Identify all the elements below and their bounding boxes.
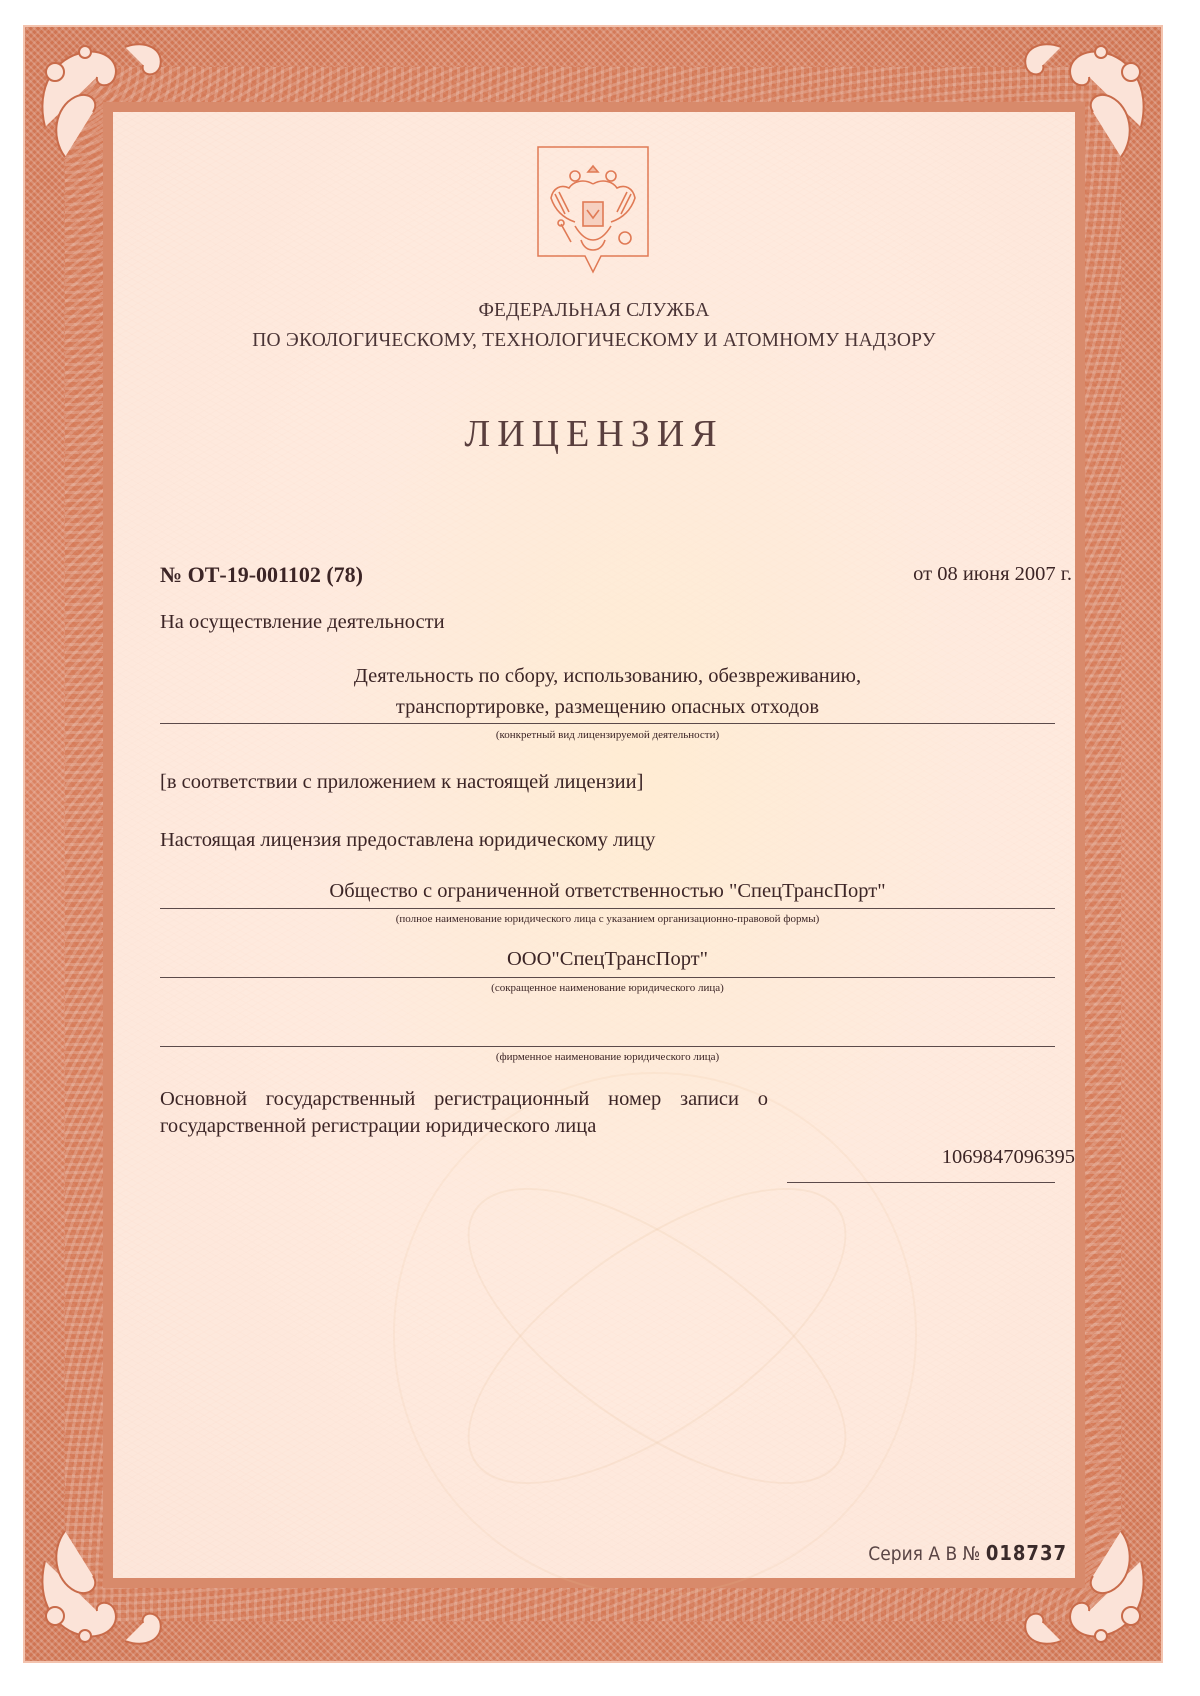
short-name-caption: (сокращенное наименование юридического л… [160, 982, 1055, 994]
form-series: Серия А В № 018737 [868, 1541, 1067, 1565]
activity-caption: (конкретный вид лицензируемой деятельнос… [160, 729, 1055, 741]
ogrn-underline [787, 1182, 1055, 1183]
document-title: ЛИЦЕНЗИЯ [113, 412, 1075, 456]
brand-name-underline [160, 1046, 1055, 1047]
granted-to-intro: Настоящая лицензия предоставлена юридиче… [160, 829, 655, 852]
atom-watermark [393, 1072, 917, 1596]
full-name-caption: (полное наименование юридического лица с… [160, 913, 1055, 925]
agency-name-line2: ПО ЭКОЛОГИЧЕСКОМУ, ТЕХНОЛОГИЧЕСКОМУ И АТ… [113, 330, 1075, 352]
activity-line-1: Деятельность по сбору, использованию, об… [160, 665, 1055, 688]
full-name-underline [160, 908, 1055, 909]
agency-name-line1: ФЕДЕРАЛЬНАЯ СЛУЖБА [113, 300, 1075, 322]
legal-entity-short-name: ООО"СпецТрансПорт" [160, 948, 1055, 971]
coat-of-arms-icon [535, 144, 651, 276]
series-label: Серия А В № [868, 1543, 980, 1565]
activity-intro: На осуществление деятельности [160, 611, 445, 634]
license-number: № ОТ-19-001102 (78) [160, 562, 363, 588]
brand-name-caption: (фирменное наименование юридического лиц… [160, 1051, 1055, 1063]
activity-line-2: транспортировке, размещению опасных отхо… [160, 696, 1055, 719]
activity-underline [160, 723, 1055, 724]
appendix-note: [в соответствии с приложением к настояще… [160, 771, 643, 794]
ogrn-label: Основной государственный регистрационный… [160, 1086, 768, 1140]
ogrn-value: 1069847096395 [942, 1146, 1075, 1169]
series-number: 018737 [986, 1541, 1067, 1565]
short-name-underline [160, 977, 1055, 978]
license-issue-date: от 08 июня 2007 г. [913, 563, 1072, 586]
legal-entity-full-name: Общество с ограниченной ответственностью… [160, 880, 1055, 903]
